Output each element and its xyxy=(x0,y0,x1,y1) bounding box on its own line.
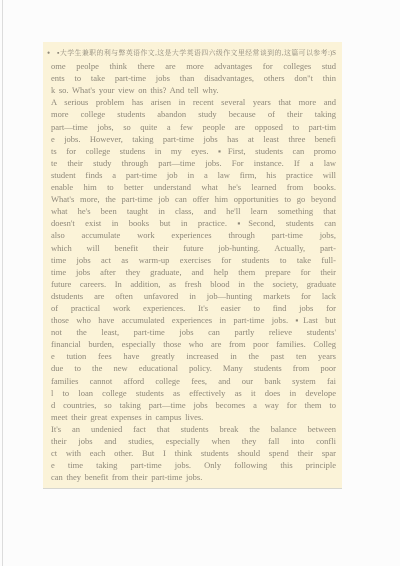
text-line: e tution fees have greatly increased in … xyxy=(51,350,336,362)
text-line: time jobs act as warm-up exercises for s… xyxy=(51,254,336,266)
text-line: meet their great expenses in campus live… xyxy=(51,411,336,423)
text-line: dstudents are often unfavored in job—hun… xyxy=(51,290,336,302)
text-line: k so. What's your view on this? And tell… xyxy=(51,84,336,96)
text-line: which will benefit their future job-hunt… xyxy=(51,242,336,254)
text-line: ▪大学生兼职的利与弊英语作文,这是大学英语四六级作文里经常谈到的,这篇可以参考:… xyxy=(51,48,336,60)
essay-note: • ▪大学生兼职的利与弊英语作文,这是大学英语四六级作文里经常谈到的,这篇可以参… xyxy=(43,42,342,489)
text-line: ts for college studens in my eyes. ▪Firs… xyxy=(51,145,336,157)
text-line: future careers. In addition, as fresh bl… xyxy=(51,278,336,290)
text-line: e jobs. However, taking part-time jobs h… xyxy=(51,133,336,145)
text-line: What's more, the part-time job can offer… xyxy=(51,193,336,205)
text-line: more college students abandon study beca… xyxy=(51,108,336,120)
text-line: part—time jobs, so quite a few people ar… xyxy=(51,121,336,133)
page-background: { "document": { "type": "essay-note", "c… xyxy=(0,0,400,566)
list-bullet-icon: • xyxy=(47,47,50,59)
text-line: due to the new educational policy. Many … xyxy=(51,362,336,374)
text-line: time jobs after they graduate, and help … xyxy=(51,266,336,278)
text-line: their jobs and studies, especially when … xyxy=(51,435,336,447)
text-line: d countries, so taking part—time jobs be… xyxy=(51,399,336,411)
text-line: student finds a part-time job in a law f… xyxy=(51,169,336,181)
essay-note-lines: ▪大学生兼职的利与弊英语作文,这是大学英语四六级作文里经常谈到的,这篇可以参考:… xyxy=(51,48,336,483)
text-line: can they benefit from their part-time jo… xyxy=(51,471,336,483)
text-line: ome peolpe think there are more advantag… xyxy=(51,60,336,72)
text-line: what he's been taught in class, and he'l… xyxy=(51,205,336,217)
text-line: It's an undenied fact that students brea… xyxy=(51,423,336,435)
page-left-rule xyxy=(2,0,3,566)
text-line: not the least, part-time jobs can partly… xyxy=(51,326,336,338)
text-line: ents to take part-time jobs than disadva… xyxy=(51,72,336,84)
text-line: of practical work experiences. It's easi… xyxy=(51,302,336,314)
text-line: e time taking part-time jobs. Only follo… xyxy=(51,459,336,471)
text-line: ct with each other. But I think students… xyxy=(51,447,336,459)
text-line: l to loan college students as effectivel… xyxy=(51,387,336,399)
text-line: also accumulate work experiences through… xyxy=(51,229,336,241)
text-line: financial burden, especially those who a… xyxy=(51,338,336,350)
text-line: families cannot afford college fees, and… xyxy=(51,375,336,387)
text-line: doesn't exist in books but in practice. … xyxy=(51,217,336,229)
text-line: enable him to better understand what he'… xyxy=(51,181,336,193)
text-line: those who have accumulated experiences i… xyxy=(51,314,336,326)
text-line: te their study through part—time jobs. F… xyxy=(51,157,336,169)
text-line: A serious problem has arisen in recent s… xyxy=(51,96,336,108)
